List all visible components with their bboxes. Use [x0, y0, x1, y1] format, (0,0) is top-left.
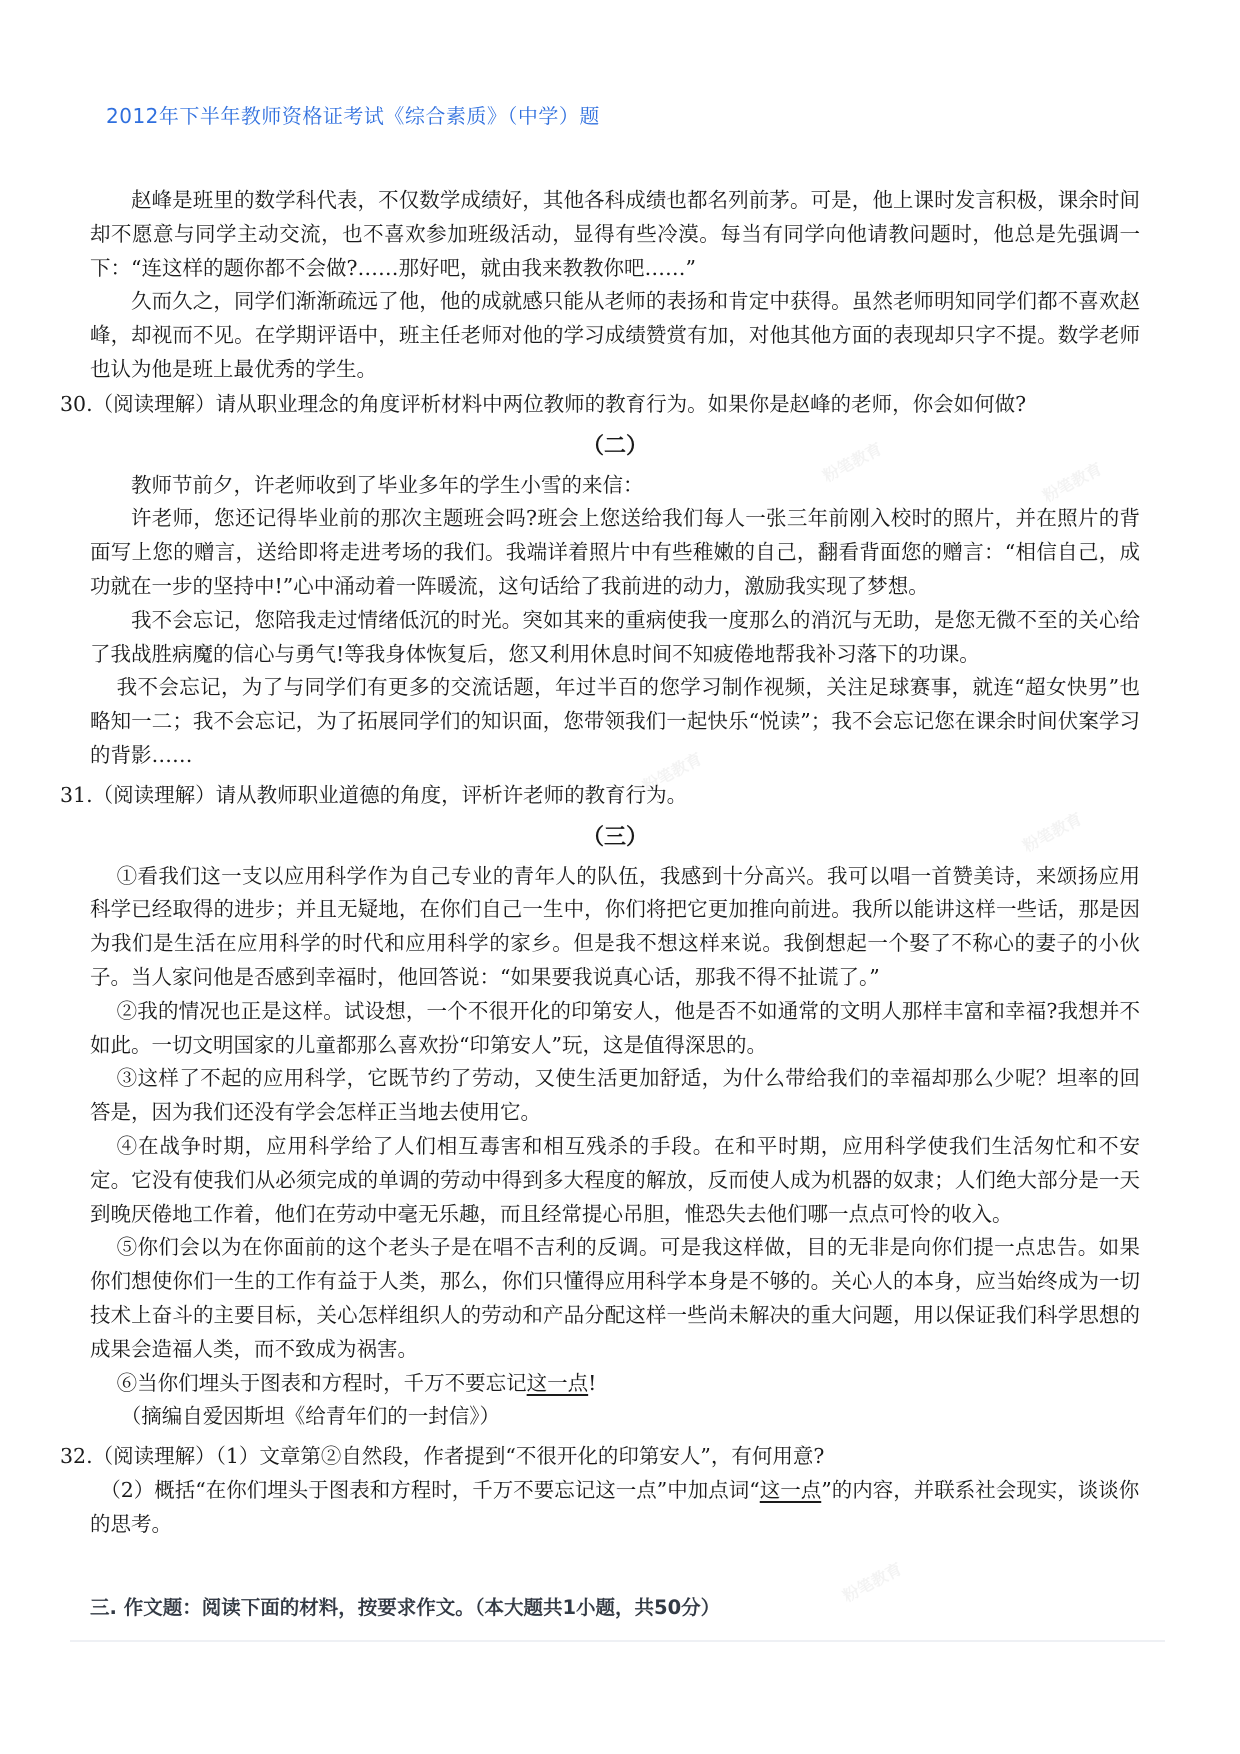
- section-title-2: （二）: [90, 429, 1140, 463]
- material-3-paragraph-5: ⑤你们会以为在你面前的这个老头子是在唱不吉利的反调。可是我这样做，目的无非是向你…: [90, 1231, 1140, 1366]
- underlined-phrase: 这一点: [527, 1371, 589, 1395]
- material-3-paragraph-1: ①看我们这一支以应用科学作为自己专业的青年人的队伍，我感到十分高兴。我可以唱一首…: [90, 860, 1140, 995]
- document-title: 2012年下半年教师资格证考试《综合素质》（中学）题: [106, 100, 600, 129]
- underlined-phrase: 这一点: [760, 1478, 822, 1502]
- material-2-paragraph-4: 我不会忘记，为了与同学们有更多的交流话题，年过半百的您学习制作视频，关注足球赛事…: [90, 671, 1140, 772]
- material-1-paragraph-1: 赵峰是班里的数学科代表，不仅数学成绩好，其他各科成绩也都名列前茅。可是，他上课时…: [90, 184, 1140, 285]
- question-32-part-1: 32.（阅读理解）（1）文章第②自然段，作者提到“不很开化的印第安人”，有何用意…: [60, 1440, 1140, 1474]
- question-32-part-2: （2）概括“在你们埋头于图表和方程时，千万不要忘记这一点”中加点词“这一点”的内…: [90, 1474, 1140, 1542]
- question-32-part-2-text: （2）概括“在你们埋头于图表和方程时，千万不要忘记这一点”中加点词“: [100, 1478, 759, 1502]
- material-3-paragraph-3: ③这样了不起的应用科学，它既节约了劳动，又使生活更加舒适，为什么带给我们的幸福却…: [90, 1062, 1140, 1130]
- material-3-source: （摘编自爱因斯坦《给青年们的一封信》）: [90, 1400, 1140, 1434]
- section-title-3: （三）: [90, 820, 1140, 854]
- material-3-paragraph-6: ⑥当你们埋头于图表和方程时，千万不要忘记这一点!: [90, 1367, 1140, 1401]
- material-1-paragraph-2: 久而久之，同学们渐渐疏远了他，他的成就感只能从老师的表扬和肯定中获得。虽然老师明…: [90, 285, 1140, 386]
- paragraph-6-text: ⑥当你们埋头于图表和方程时，千万不要忘记: [117, 1371, 527, 1395]
- material-2-paragraph-3: 我不会忘记，您陪我走过情绪低沉的时光。突如其来的重病使我一度那么的消沉与无助，是…: [90, 604, 1140, 672]
- essay-section-heading: 三. 作文题：阅读下面的材料，按要求作文。（本大题共1小题，共50分）: [90, 1592, 720, 1620]
- material-2-paragraph-1: 教师节前夕，许老师收到了毕业多年的学生小雪的来信：: [90, 469, 1140, 503]
- exam-content: 赵峰是班里的数学科代表，不仅数学成绩好，其他各科成绩也都名列前茅。可是，他上课时…: [90, 184, 1140, 1541]
- material-3-paragraph-4: ④在战争时期，应用科学给了人们相互毒害和相互残杀的手段。在和平时期，应用科学使我…: [90, 1130, 1140, 1231]
- question-31: 31.（阅读理解）请从教师职业道德的角度，评析许老师的教育行为。: [60, 779, 1140, 813]
- watermark: 粉笔教育: [838, 1556, 905, 1606]
- section-divider: [70, 1640, 1165, 1642]
- question-30: 30.（阅读理解）请从职业理念的角度评析材料中两位教师的教育行为。如果你是赵峰的…: [60, 388, 1140, 422]
- paragraph-6-end: !: [588, 1371, 596, 1395]
- material-3-paragraph-2: ②我的情况也正是这样。试设想，一个不很开化的印第安人，他是否不如通常的文明人那样…: [90, 995, 1140, 1063]
- material-2-paragraph-2: 许老师，您还记得毕业前的那次主题班会吗?班会上您送给我们每人一张三年前刚入校时的…: [90, 502, 1140, 603]
